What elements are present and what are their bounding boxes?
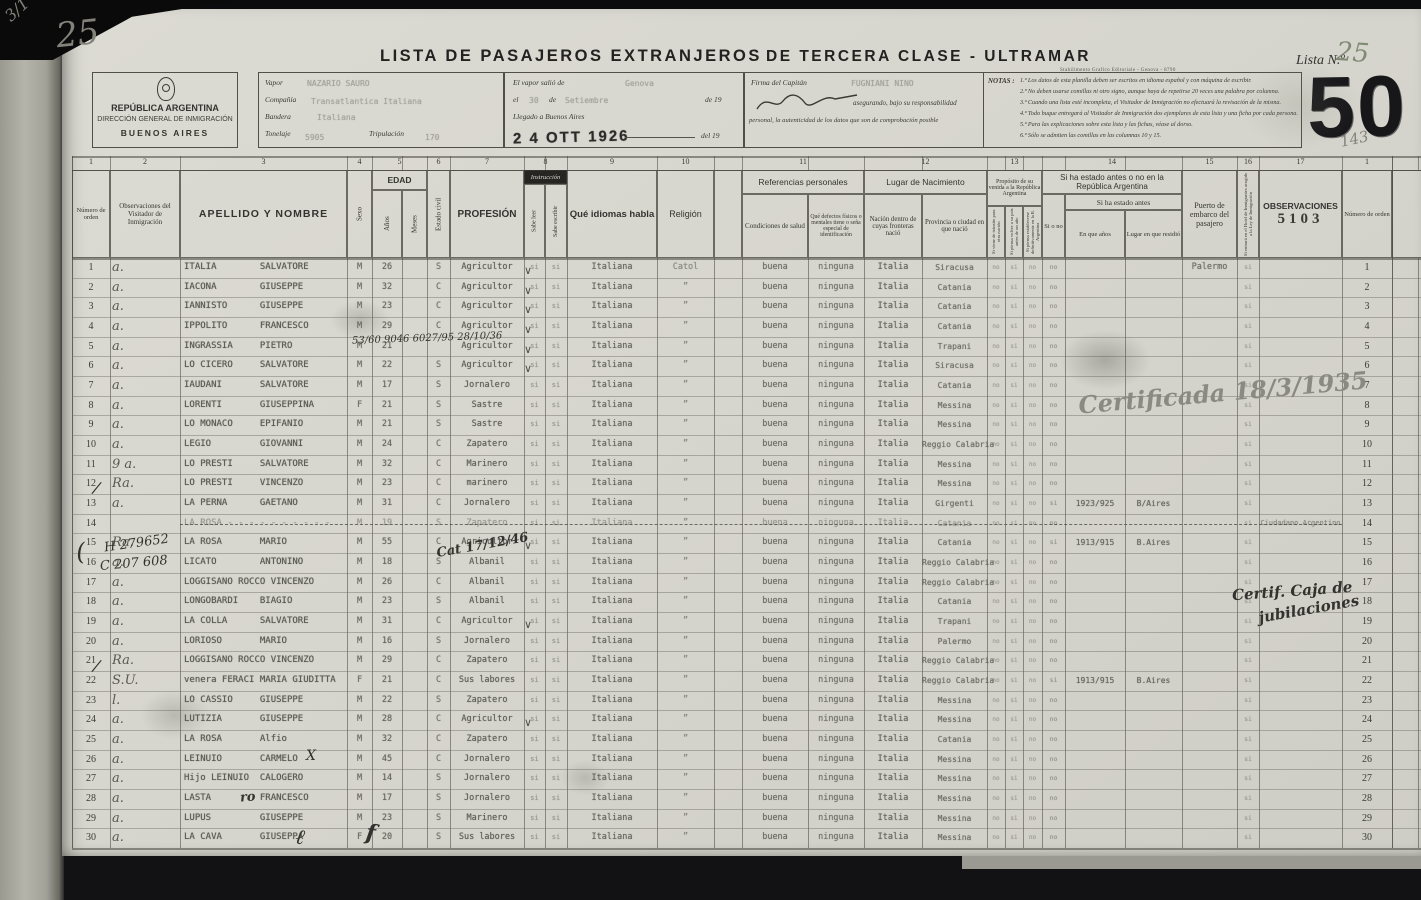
row-order-number-right: 20 <box>1342 632 1392 652</box>
cell-religion: ” <box>657 769 714 789</box>
passenger-name: LORIOSO MARIO <box>184 632 350 652</box>
cell-salud: buena <box>742 396 808 416</box>
cell-defectos: ninguna <box>808 632 864 652</box>
visitador-mark: a. <box>112 356 180 376</box>
cell-sabe-escribir: si <box>545 396 567 416</box>
col-header-numero-orden-right: Número de orden <box>1342 170 1392 258</box>
cell-estuvo-si-no: no <box>1042 612 1065 632</box>
arrival-date-stamp: 2 4 OTT 1926 <box>513 127 630 147</box>
cell-proposito-volver: si <box>1005 533 1023 553</box>
cell-proposito-transito: no <box>987 317 1005 337</box>
cell-defectos: ninguna <box>808 592 864 612</box>
cell-religion: Catol <box>657 258 714 278</box>
passenger-name: IACONA GIUSEPPE <box>184 278 350 298</box>
cell-edad-anios: 45 <box>372 750 402 770</box>
cell-proposito-transito: no <box>987 474 1005 494</box>
row-order-number-right: 23 <box>1342 691 1392 711</box>
cell-salud: buena <box>742 258 808 278</box>
cell-sabe-leer: si <box>524 494 545 514</box>
cell-sabe-escribir: si <box>545 730 567 750</box>
cell-proposito-transito: no <box>987 455 1005 475</box>
captain-text1: asegurando, bajo su responsabilidad <box>853 99 957 107</box>
row-order-number-right: 29 <box>1342 809 1392 829</box>
vapor-value: NAZARIO SAURO <box>307 79 370 88</box>
row-order-number-right: 26 <box>1342 750 1392 770</box>
cell-proposito-transito: no <box>987 730 1005 750</box>
coat-of-arms-icon <box>157 77 175 101</box>
cell-hotel-inmigrantes: si <box>1237 809 1259 829</box>
cell-sexo: M <box>347 258 372 278</box>
cell-provincia: Messina <box>922 809 987 829</box>
cell-idioma: Italiana <box>567 828 657 848</box>
col-header-establecerse: Si piensa establecerse definitivamente e… <box>1023 206 1042 258</box>
passenger-name: LA ROSA MARIO <box>184 533 350 553</box>
visitador-mark: a. <box>112 415 180 435</box>
row-order-number-right: 28 <box>1342 789 1392 809</box>
col-header-religion: Religión <box>657 170 714 258</box>
cell-sabe-leer: si <box>524 592 545 612</box>
dia-value: 30 <box>529 96 539 105</box>
cell-proposito-establecerse: no <box>1023 297 1042 317</box>
row-order-number-right: 2 <box>1342 278 1392 298</box>
row-order-number-right: 12 <box>1342 474 1392 494</box>
cell-proposito-establecerse: no <box>1023 710 1042 730</box>
row-order-number: 10 <box>72 435 110 455</box>
cell-religion: ” <box>657 474 714 494</box>
cell-sexo: M <box>347 730 372 750</box>
cell-estado-civil: C <box>427 651 450 671</box>
cell-proposito-volver: si <box>1005 435 1023 455</box>
cell-defectos: ninguna <box>808 474 864 494</box>
cell-profesion: Jornalero <box>450 494 524 514</box>
cell-estado-civil: C <box>427 474 450 494</box>
cell-profesion: Jornalero <box>450 789 524 809</box>
cell-estuvo-si-no: no <box>1042 317 1065 337</box>
column-number: 2 <box>110 157 180 166</box>
cell-proposito-volver: si <box>1005 592 1023 612</box>
cell-idioma: Italiana <box>567 691 657 711</box>
visitador-mark: Ra. <box>112 651 180 671</box>
passenger-name: LOGGISANO ROCCO VINCENZO <box>184 573 350 593</box>
cell-proposito-establecerse: no <box>1023 828 1042 848</box>
cell-sabe-escribir: si <box>545 750 567 770</box>
cell-proposito-volver: si <box>1005 671 1023 691</box>
cell-sabe-escribir: si <box>545 651 567 671</box>
grid-line <box>1418 156 1419 170</box>
cell-defectos: ninguna <box>808 769 864 789</box>
col-header-transito: Si viene de tránsito para otra nación <box>987 206 1005 258</box>
cell-sexo: M <box>347 612 372 632</box>
cell-defectos: ninguna <box>808 750 864 770</box>
cell-hotel-inmigrantes: si <box>1237 632 1259 652</box>
cell-sabe-leer: si <box>524 573 545 593</box>
cell-idioma: Italiana <box>567 337 657 357</box>
passenger-name: LOGGISANO ROCCO VINCENZO <box>184 651 350 671</box>
column-number: 4 <box>347 157 372 166</box>
passenger-name: LONGOBARDI BIAGIO <box>184 592 350 612</box>
cell-hotel-inmigrantes: si <box>1237 769 1259 789</box>
cell-estuvo-si-no: no <box>1042 455 1065 475</box>
visitador-mark: a. <box>112 435 180 455</box>
notas-label: NOTAS : <box>988 77 1015 85</box>
cell-sabe-escribir: si <box>545 553 567 573</box>
cell-sabe-leer: si <box>524 553 545 573</box>
cell-profesion: Agricultor <box>450 278 524 298</box>
cell-sabe-leer: si <box>524 455 545 475</box>
cell-religion: ” <box>657 828 714 848</box>
cell-religion: ” <box>657 376 714 396</box>
cell-religion: ” <box>657 337 714 357</box>
cell-nacion: Italia <box>864 376 922 396</box>
cell-sabe-leer: si <box>524 278 545 298</box>
visitador-mark: a. <box>112 809 180 829</box>
cell-salud: buena <box>742 789 808 809</box>
visitador-mark: a. <box>112 769 180 789</box>
row-order-number: 20 <box>72 632 110 652</box>
row-order-number-right: 15 <box>1342 533 1392 553</box>
row-order-number: 28 <box>72 789 110 809</box>
passenger-name: LUTIZIA GIUSEPPE <box>184 710 350 730</box>
tripulacion-value: 170 <box>425 133 439 142</box>
cell-sexo: M <box>347 789 372 809</box>
row-order-number-right: 1 <box>1342 258 1392 278</box>
handwritten-annotation: 25 <box>1335 37 1370 69</box>
cell-sexo: M <box>347 376 372 396</box>
cell-proposito-transito: no <box>987 356 1005 376</box>
column-number: 5 <box>372 157 427 166</box>
cell-proposito-establecerse: no <box>1023 789 1042 809</box>
cell-proposito-establecerse: no <box>1023 278 1042 298</box>
cell-proposito-volver: si <box>1005 573 1023 593</box>
cell-proposito-establecerse: no <box>1023 769 1042 789</box>
cell-proposito-establecerse: no <box>1023 415 1042 435</box>
visitador-mark: a. <box>112 750 180 770</box>
cell-sabe-escribir: si <box>545 671 567 691</box>
row-order-number: 21 <box>72 651 110 671</box>
cell-religion: ” <box>657 415 714 435</box>
cell-estuvo-si-no: no <box>1042 769 1065 789</box>
cell-estuvo-si-no: no <box>1042 396 1065 416</box>
page-title-right: DE TERCERA CLASE - ULTRAMAR <box>766 48 1091 66</box>
cell-idioma: Italiana <box>567 553 657 573</box>
visitador-mark: 9 a. <box>112 455 180 475</box>
cell-defectos: ninguna <box>808 278 864 298</box>
bandera-label: Bandera <box>265 112 291 121</box>
cell-sabe-leer: si <box>524 632 545 652</box>
cell-sexo: M <box>347 769 372 789</box>
cell-edad-anios: 18 <box>372 553 402 573</box>
cell-proposito-volver: si <box>1005 632 1023 652</box>
passenger-name: LA PERNA GAETANO <box>184 494 350 514</box>
observaciones-stamp-number: 5103 <box>1278 211 1324 228</box>
cell-sabe-escribir: si <box>545 297 567 317</box>
cell-proposito-transito: no <box>987 573 1005 593</box>
mes-value: Setiembre <box>565 96 608 105</box>
cell-proposito-transito: no <box>987 750 1005 770</box>
row-order-number-right: 22 <box>1342 671 1392 691</box>
cell-profesion: Zapatero <box>450 435 524 455</box>
cell-provincia: Messina <box>922 691 987 711</box>
cell-defectos: ninguna <box>808 828 864 848</box>
cell-estado-civil: S <box>427 809 450 829</box>
column-number: 15 <box>1182 157 1237 166</box>
cell-defectos: ninguna <box>808 337 864 357</box>
cell-estuvo-si-no: no <box>1042 553 1065 573</box>
cell-salud: buena <box>742 356 808 376</box>
cell-nacion: Italia <box>864 317 922 337</box>
cell-provincia: Catania <box>922 317 987 337</box>
cell-salud: buena <box>742 317 808 337</box>
row-order-number: 30 <box>72 828 110 848</box>
cell-profesion: Zapatero <box>450 691 524 711</box>
cell-sexo: M <box>347 455 372 475</box>
cell-religion: ” <box>657 494 714 514</box>
cell-proposito-establecerse: no <box>1023 691 1042 711</box>
cell-sabe-escribir: si <box>545 455 567 475</box>
visitador-mark: a. <box>112 632 180 652</box>
cell-provincia: Trapani <box>922 612 987 632</box>
cell-sabe-leer: si <box>524 651 545 671</box>
col-header-nacion: Nación dentro de cuyas fronteras nació <box>864 194 922 258</box>
row-order-number: 2 <box>72 278 110 298</box>
cell-edad-anios: 31 <box>372 494 402 514</box>
col-header-instruccion: Instrucción <box>524 170 567 184</box>
cell-provincia: Siracusa <box>922 258 987 278</box>
cell-hotel-inmigrantes: si <box>1237 553 1259 573</box>
cell-proposito-transito: no <box>987 651 1005 671</box>
cell-hotel-inmigrantes: si <box>1237 533 1259 553</box>
cell-sexo: M <box>347 533 372 553</box>
firma-label: Firma del Capitán <box>751 78 807 87</box>
cell-profesion: Sus labores <box>450 828 524 848</box>
cell-proposito-establecerse: no <box>1023 573 1042 593</box>
visitador-mark: a. <box>112 376 180 396</box>
cell-estuvo-si-no: no <box>1042 828 1065 848</box>
cell-estuvo-si-no: no <box>1042 278 1065 298</box>
cell-salud: buena <box>742 809 808 829</box>
cell-salud: buena <box>742 691 808 711</box>
cell-nacion: Italia <box>864 278 922 298</box>
cell-sabe-escribir: si <box>545 415 567 435</box>
passenger-name: LEGIO GIOVANNI <box>184 435 350 455</box>
cell-defectos: ninguna <box>808 415 864 435</box>
page-title-left: LISTA DE PASAJEROS EXTRANJEROS <box>380 47 762 66</box>
cell-idioma: Italiana <box>567 356 657 376</box>
cell-sabe-leer: si <box>524 710 545 730</box>
cell-sabe-leer: si <box>524 337 545 357</box>
passenger-name: LO CICERO SALVATORE <box>184 356 350 376</box>
cell-proposito-establecerse: no <box>1023 455 1042 475</box>
cell-nacion: Italia <box>864 455 922 475</box>
cell-estuvo-si-no: no <box>1042 710 1065 730</box>
cell-provincia: Catania <box>922 297 987 317</box>
row-order-number-right: 19 <box>1342 612 1392 632</box>
row-order-number: 19 <box>72 612 110 632</box>
visitador-mark: a. <box>112 258 180 278</box>
cell-idioma: Italiana <box>567 573 657 593</box>
cell-salud: buena <box>742 592 808 612</box>
cell-hotel-inmigrantes: si <box>1237 730 1259 750</box>
org-box: REPÚBLICA ARGENTINA DIRECCIÓN GENERAL DE… <box>92 72 238 148</box>
cell-edad-anios: 24 <box>372 435 402 455</box>
visitador-mark: a. <box>112 494 180 514</box>
col-header-proposito: Propósito de su venida a la República Ar… <box>987 170 1042 206</box>
col-header-puerto: Puerto de embarco del pasajero <box>1182 170 1237 258</box>
column-number: 17 <box>1259 157 1342 166</box>
cell-proposito-establecerse: no <box>1023 671 1042 691</box>
cell-hotel-inmigrantes: si <box>1237 297 1259 317</box>
cell-edad-anios: 32 <box>372 278 402 298</box>
cell-proposito-transito: no <box>987 691 1005 711</box>
col-header-referencias: Referencias personales <box>742 170 864 194</box>
cell-edad-anios: 23 <box>372 474 402 494</box>
passenger-name: LO MONACO EPIFANIO <box>184 415 350 435</box>
cell-proposito-transito: no <box>987 553 1005 573</box>
passenger-name: LA COLLA SALVATORE <box>184 612 350 632</box>
col-header-apellido-nombre: APELLIDO Y NOMBRE <box>180 170 347 258</box>
passenger-name: LO PRESTI VINCENZO <box>184 474 350 494</box>
cell-hotel-inmigrantes: si <box>1237 494 1259 514</box>
cell-proposito-establecerse: no <box>1023 632 1042 652</box>
cell-hotel-inmigrantes: si <box>1237 612 1259 632</box>
cancellation-dashes <box>180 524 1342 525</box>
row-order-number: 29 <box>72 809 110 829</box>
cell-religion: ” <box>657 612 714 632</box>
cell-edad-anios: 21 <box>372 396 402 416</box>
passenger-name: IPPOLITO FRANCESCO <box>184 317 350 337</box>
cell-proposito-volver: si <box>1005 809 1023 829</box>
col-header-blank <box>714 170 742 258</box>
col-header-estado-civil: Estado civil <box>427 170 450 258</box>
cell-estuvo-si-no: no <box>1042 356 1065 376</box>
cell-provincia: Messina <box>922 455 987 475</box>
cell-edad-anios: 23 <box>372 592 402 612</box>
notes-box: NOTAS : 1.ª Los datos de esta planilla d… <box>984 72 1302 148</box>
cell-provincia: Reggio Calabria <box>922 573 987 593</box>
cell-hotel-inmigrantes: si <box>1237 789 1259 809</box>
cell-sexo: M <box>347 573 372 593</box>
cell-estado-civil: S <box>427 769 450 789</box>
cell-sabe-leer: si <box>524 317 545 337</box>
grid-line <box>1392 156 1393 848</box>
cell-estuvo-si-no: no <box>1042 789 1065 809</box>
cell-profesion: Sastre <box>450 396 524 416</box>
ship-box: Vapor NAZARIO SAURO Compañía Transatlant… <box>258 72 504 148</box>
row-order-number: 8 <box>72 396 110 416</box>
cell-hotel-inmigrantes: si <box>1237 691 1259 711</box>
passenger-name: Hijo LEINUIO CALOGERO <box>184 769 350 789</box>
cell-sexo: M <box>347 415 372 435</box>
compania-label: Compañía <box>265 95 296 104</box>
cell-profesion: Agricultor <box>450 356 524 376</box>
cell-defectos: ninguna <box>808 494 864 514</box>
cell-proposito-volver: si <box>1005 317 1023 337</box>
cell-religion: ” <box>657 573 714 593</box>
cell-salud: buena <box>742 533 808 553</box>
cell-provincia: Catania <box>922 376 987 396</box>
visitador-mark: a. <box>112 592 180 612</box>
cell-sabe-leer: si <box>524 396 545 416</box>
de-label: de <box>549 95 556 104</box>
cell-provincia: Messina <box>922 396 987 416</box>
cell-profesion: Jornalero <box>450 750 524 770</box>
cell-provincia: Catania <box>922 533 987 553</box>
cell-sabe-leer: si <box>524 769 545 789</box>
grid-line <box>72 848 1421 850</box>
visitador-mark: a. <box>112 337 180 357</box>
cell-nacion: Italia <box>864 396 922 416</box>
cell-edad-anios: 32 <box>372 730 402 750</box>
cell-sabe-escribir: si <box>545 573 567 593</box>
row-order-number: 11 <box>72 455 110 475</box>
cell-proposito-transito: no <box>987 435 1005 455</box>
column-number: 1 <box>72 157 110 166</box>
col-header-estado-antes: Si ha estado antes o no en la República … <box>1042 170 1182 194</box>
cell-sabe-leer: si <box>524 612 545 632</box>
cell-sabe-escribir: si <box>545 789 567 809</box>
cell-nacion: Italia <box>864 828 922 848</box>
cell-provincia: Messina <box>922 415 987 435</box>
cell-provincia: Girgenti <box>922 494 987 514</box>
cell-idioma: Italiana <box>567 396 657 416</box>
cell-salud: buena <box>742 337 808 357</box>
cell-idioma: Italiana <box>567 612 657 632</box>
captain-text2: personal, la autenticidad de los datos q… <box>749 117 938 124</box>
cell-salud: buena <box>742 376 808 396</box>
observaciones-label: OBSERVACIONES <box>1263 201 1338 211</box>
cell-estuvo-si-no: no <box>1042 573 1065 593</box>
cell-estado-civil: C <box>427 612 450 632</box>
cell-hotel-inmigrantes: si <box>1237 750 1259 770</box>
cell-sabe-escribir: si <box>545 828 567 848</box>
cell-idioma: Italiana <box>567 474 657 494</box>
cell-salud: buena <box>742 494 808 514</box>
cell-proposito-volver: si <box>1005 691 1023 711</box>
passenger-name: LA ROSA Alfio <box>184 730 350 750</box>
row-order-number: 5 <box>72 337 110 357</box>
passenger-name: LUPUS GIUSEPPE <box>184 809 350 829</box>
row-order-number-right: 10 <box>1342 435 1392 455</box>
cell-estuvo-lugar: B.Aires <box>1125 533 1182 553</box>
col-header-si-o-no: Si o no <box>1042 194 1065 258</box>
cell-proposito-transito: no <box>987 809 1005 829</box>
cell-provincia: Reggio Calabria <box>922 435 987 455</box>
col-header-sabe-escribir: Sabe escribir <box>545 184 567 258</box>
col-header-condiciones-salud: Condiciones de salud <box>742 194 808 258</box>
column-number: 8 <box>524 157 567 166</box>
cell-salud: buena <box>742 769 808 789</box>
cell-estado-civil: C <box>427 750 450 770</box>
cell-profesion: Zapatero <box>450 651 524 671</box>
cell-edad-anios: 26 <box>372 573 402 593</box>
cell-estuvo-si-no: si <box>1042 494 1065 514</box>
cell-sabe-leer: si <box>524 356 545 376</box>
cell-estado-civil: C <box>427 730 450 750</box>
column-number: 11 <box>742 157 864 166</box>
cell-defectos: ninguna <box>808 573 864 593</box>
col-header-en-que-anios: En que años <box>1065 210 1125 258</box>
cell-provincia: Siracusa <box>922 356 987 376</box>
cell-proposito-establecerse: no <box>1023 317 1042 337</box>
cell-edad-anios: 26 <box>372 258 402 278</box>
cell-proposito-establecerse: no <box>1023 435 1042 455</box>
row-order-number-right: 11 <box>1342 455 1392 475</box>
cell-religion: ” <box>657 278 714 298</box>
cell-defectos: ninguna <box>808 356 864 376</box>
passenger-name: IANNISTO GIUSEPPE <box>184 297 350 317</box>
cell-proposito-establecerse: no <box>1023 474 1042 494</box>
col-header-volver: Si piensa volver a su país antes de un a… <box>1005 206 1023 258</box>
